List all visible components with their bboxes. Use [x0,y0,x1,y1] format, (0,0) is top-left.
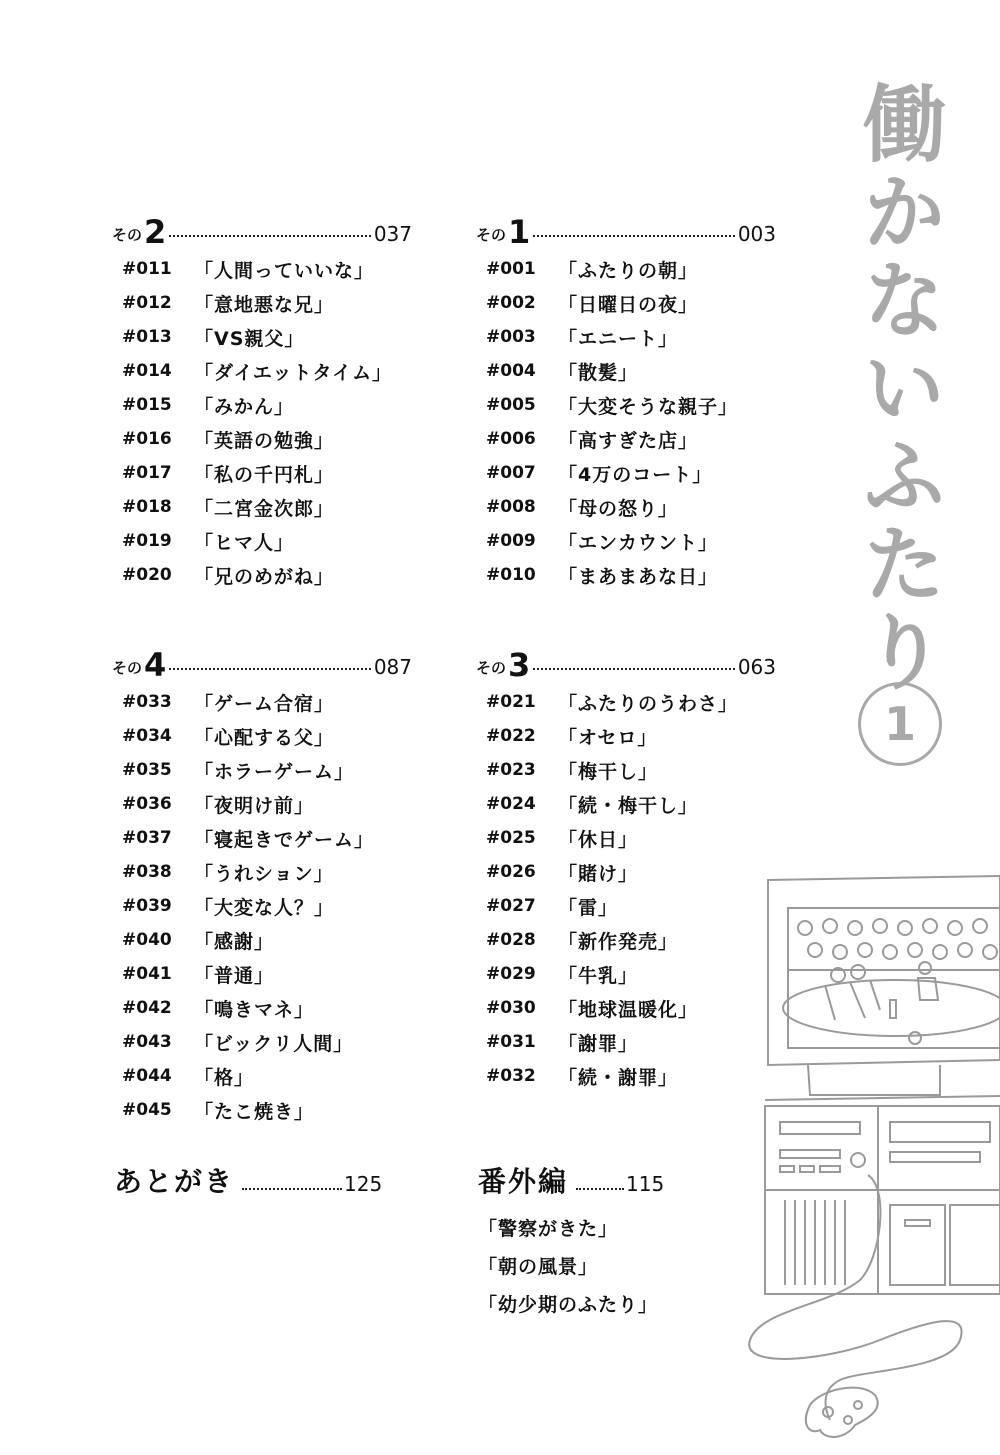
chapter-row: #012「意地悪な兄」 [112,286,412,320]
section-2: その 2 037 #011「人間っていいな」#012「意地悪な兄」#013「VS… [112,212,412,592]
chapter-title: 「新作発売」 [558,927,678,954]
chapter-title: 「牛乳」 [558,961,638,988]
game-controller-icon [806,1388,878,1437]
chapter-title: 「鳴きマネ」 [194,995,314,1022]
chapter-row: #010「まあまあな日」 [476,558,776,592]
chapter-row: #005「大変そうな親子」 [476,388,776,422]
chapter-number: #020 [112,565,194,585]
chapter-row: #044「格」 [112,1059,412,1093]
chapter-title: 「うれション」 [194,859,334,886]
chapter-title: 「まあまあな日」 [558,562,718,589]
section-number: 1 [508,216,530,248]
chapter-row: #002「日曜日の夜」 [476,286,776,320]
chapter-number: #036 [112,794,194,814]
volume-number: 1 [884,697,916,751]
leader-dots [242,1188,342,1190]
chapter-title: 「続・謝罪」 [558,1063,678,1090]
chapter-row: #030「地球温暖化」 [476,991,776,1025]
leader-dots [169,235,371,237]
section-prefix: その [476,224,506,248]
chapter-title: 「兄のめがね」 [194,562,334,589]
chapter-title: 「賭け」 [558,859,638,886]
extra-label: 番外編 [478,1160,568,1200]
chapter-title: 「高すぎた店」 [558,426,698,453]
afterword-page: 125 [344,1172,382,1200]
chapter-title: 「ホラーゲーム」 [194,757,354,784]
cable-icon [749,1175,961,1420]
chapter-title: 「梅干し」 [558,757,658,784]
chapter-title: 「ふたりのうわさ」 [558,689,738,716]
section-page: 087 [374,655,412,681]
chapter-number: #008 [476,497,558,517]
chapter-row: #038「うれション」 [112,855,412,889]
chapter-number: #006 [476,429,558,449]
chapter-number: #001 [476,259,558,279]
chapter-row: #036「夜明け前」 [112,787,412,821]
chapter-number: #026 [476,862,558,882]
chapter-title: 「ふたりの朝」 [558,256,698,283]
chapter-number: #041 [112,964,194,984]
chapter-row: #033「ゲーム合宿」 [112,685,412,719]
chapter-number: #043 [112,1032,194,1052]
chapter-number: #045 [112,1100,194,1120]
section-header: その 1 003 [476,212,776,248]
section-prefix: その [112,657,142,681]
chapter-number: #012 [112,293,194,313]
chapter-number: #029 [476,964,558,984]
afterword: あとがき 125 [114,1160,394,1200]
section-3: その 3 063 #021「ふたりのうわさ」#022「オセロ」#023「梅干し」… [476,645,776,1093]
chapter-title: 「寝起きでゲーム」 [194,825,374,852]
chapter-row: #039「大変な人？」 [112,889,412,923]
chapter-row: #021「ふたりのうわさ」 [476,685,776,719]
section-number: 2 [144,216,166,248]
section-number: 3 [508,649,530,681]
chapter-title: 「意地悪な兄」 [194,290,334,317]
chapter-title: 「雷」 [558,893,618,920]
chapter-number: #034 [112,726,194,746]
chapter-row: #018「二宮金次郎」 [112,490,412,524]
chapter-row: #032「続・謝罪」 [476,1059,776,1093]
chapter-list: #011「人間っていいな」#012「意地悪な兄」#013「VS親父」#014「ダ… [112,252,412,592]
chapter-number: #003 [476,327,558,347]
chapter-title: 「日曜日の夜」 [558,290,698,317]
chapter-row: #037「寝起きでゲーム」 [112,821,412,855]
chapter-row: #034「心配する父」 [112,719,412,753]
chapter-number: #021 [476,692,558,712]
section-prefix: その [112,224,142,248]
chapter-number: #018 [112,497,194,517]
chapter-title: 「4万のコート」 [558,460,712,487]
section-number: 4 [144,649,166,681]
extra-page: 115 [626,1172,664,1200]
chapter-row: #004「散髪」 [476,354,776,388]
chapter-title: 「格」 [194,1063,254,1090]
chapter-row: #029「牛乳」 [476,957,776,991]
volume-badge: 1 [858,682,942,766]
chapter-row: #009「エンカウント」 [476,524,776,558]
chapter-number: #038 [112,862,194,882]
leader-dots [533,668,735,670]
chapter-row: #041「普通」 [112,957,412,991]
chapter-row: #006「高すぎた店」 [476,422,776,456]
chapter-title: 「謝罪」 [558,1029,638,1056]
chapter-number: #002 [476,293,558,313]
chapter-title: 「ダイエットタイム」 [194,358,392,385]
chapter-title: 「大変そうな親子」 [558,392,738,419]
chapter-title: 「心配する父」 [194,723,334,750]
chapter-number: #024 [476,794,558,814]
chapter-title: 「エンカウント」 [558,528,718,555]
leader-dots [169,668,371,670]
chapter-number: #037 [112,828,194,848]
chapter-title: 「散髪」 [558,358,638,385]
chapter-number: #015 [112,395,194,415]
chapter-number: #032 [476,1066,558,1086]
chapter-number: #040 [112,930,194,950]
chapter-list: #021「ふたりのうわさ」#022「オセロ」#023「梅干し」#024「続・梅干… [476,685,776,1093]
chapter-list: #001「ふたりの朝」#002「日曜日の夜」#003「エニート」#004「散髪」… [476,252,776,592]
chapter-number: #004 [476,361,558,381]
chapter-title: 「二宮金次郎」 [194,494,334,521]
extra-chapter: 「警察がきた」 [478,1208,698,1246]
chapter-number: #017 [112,463,194,483]
chapter-number: #042 [112,998,194,1018]
chapter-number: #025 [476,828,558,848]
chapter-title: 「続・梅干し」 [558,791,698,818]
chapter-row: #045「たこ焼き」 [112,1093,412,1127]
leader-dots [576,1188,624,1190]
chapter-row: #014「ダイエットタイム」 [112,354,412,388]
chapter-row: #035「ホラーゲーム」 [112,753,412,787]
chapter-number: #035 [112,760,194,780]
chapter-title: 「地球温暖化」 [558,995,698,1022]
chapter-number: #009 [476,531,558,551]
extra-chapter: 「朝の風景」 [478,1246,698,1284]
chapter-title: 「ビックリ人間」 [194,1029,353,1056]
section-prefix: その [476,657,506,681]
chapter-number: #007 [476,463,558,483]
chapter-title: 「たこ焼き」 [194,1097,314,1124]
section-header: その 2 037 [112,212,412,248]
tv-console-illustration [740,860,1000,1444]
chapter-number: #013 [112,327,194,347]
chapter-number: #031 [476,1032,558,1052]
chapter-title: 「英語の勉強」 [194,426,334,453]
chapter-row: #043「ビックリ人間」 [112,1025,412,1059]
chapter-row: #022「オセロ」 [476,719,776,753]
chapter-list: #033「ゲーム合宿」#034「心配する父」#035「ホラーゲーム」#036「夜… [112,685,412,1127]
chapter-number: #010 [476,565,558,585]
chapter-row: #011「人間っていいな」 [112,252,412,286]
chapter-number: #014 [112,361,194,381]
chapter-row: #013「VS親父」 [112,320,412,354]
chapter-row: #024「続・梅干し」 [476,787,776,821]
game-cases-icon [785,1200,845,1285]
chapter-number: #011 [112,259,194,279]
section-page: 063 [738,655,776,681]
chapter-title: 「オセロ」 [558,723,657,750]
chapter-number: #033 [112,692,194,712]
chapter-number: #044 [112,1066,194,1086]
chapter-row: #003「エニート」 [476,320,776,354]
chapter-title: 「休日」 [558,825,638,852]
leader-dots [533,235,735,237]
chapter-row: #017「私の千円札」 [112,456,412,490]
afterword-label: あとがき [114,1160,234,1200]
chapter-title: 「母の怒り」 [558,494,678,521]
chapter-row: #019「ヒマ人」 [112,524,412,558]
chapter-number: #027 [476,896,558,916]
chapter-row: #026「賭け」 [476,855,776,889]
chapter-title: 「エニート」 [558,324,678,351]
section-header: その 3 063 [476,645,776,681]
chapter-title: 「ゲーム合宿」 [194,689,334,716]
chapter-title: 「ヒマ人」 [194,528,294,555]
crowd-icon [788,919,1000,970]
chapter-number: #022 [476,726,558,746]
chapter-row: #007「4万のコート」 [476,456,776,490]
chapter-title: 「人間っていいな」 [194,256,374,283]
chapter-number: #023 [476,760,558,780]
chapter-row: #031「謝罪」 [476,1025,776,1059]
chapter-row: #028「新作発売」 [476,923,776,957]
section-4: その 4 087 #033「ゲーム合宿」#034「心配する父」#035「ホラーゲ… [112,645,412,1127]
chapter-number: #019 [112,531,194,551]
chapter-title: 「夜明け前」 [194,791,314,818]
chapter-row: #015「みかん」 [112,388,412,422]
chapter-row: #023「梅干し」 [476,753,776,787]
chapter-number: #005 [476,395,558,415]
book-title: 働かないふたり [848,80,948,696]
section-page: 003 [738,222,776,248]
chapter-row: #027「雷」 [476,889,776,923]
chapter-row: #008「母の怒り」 [476,490,776,524]
ring-icon [783,980,1000,1036]
chapter-number: #030 [476,998,558,1018]
chapter-title: 「みかん」 [194,392,294,419]
section-page: 037 [374,222,412,248]
chapter-title: 「大変な人？」 [194,893,334,920]
chapter-number: #039 [112,896,194,916]
section-1: その 1 003 #001「ふたりの朝」#002「日曜日の夜」#003「エニート… [476,212,776,592]
chapter-number: #016 [112,429,194,449]
chapter-row: #016「英語の勉強」 [112,422,412,456]
chapter-row: #040「感謝」 [112,923,412,957]
chapter-row: #001「ふたりの朝」 [476,252,776,286]
chapter-row: #020「兄のめがね」 [112,558,412,592]
extra-chapter: 「幼少期のふたり」 [478,1284,698,1322]
chapter-title: 「私の千円札」 [194,460,334,487]
chapter-title: 「感謝」 [194,927,274,954]
chapter-row: #025「休日」 [476,821,776,855]
extra-section: 番外編 115 「警察がきた」 「朝の風景」 「幼少期のふたり」 [478,1160,698,1322]
chapter-row: #042「鳴きマネ」 [112,991,412,1025]
chapter-number: #028 [476,930,558,950]
chapter-title: 「普通」 [194,961,274,988]
section-header: その 4 087 [112,645,412,681]
chapter-title: 「VS親父」 [194,324,304,351]
